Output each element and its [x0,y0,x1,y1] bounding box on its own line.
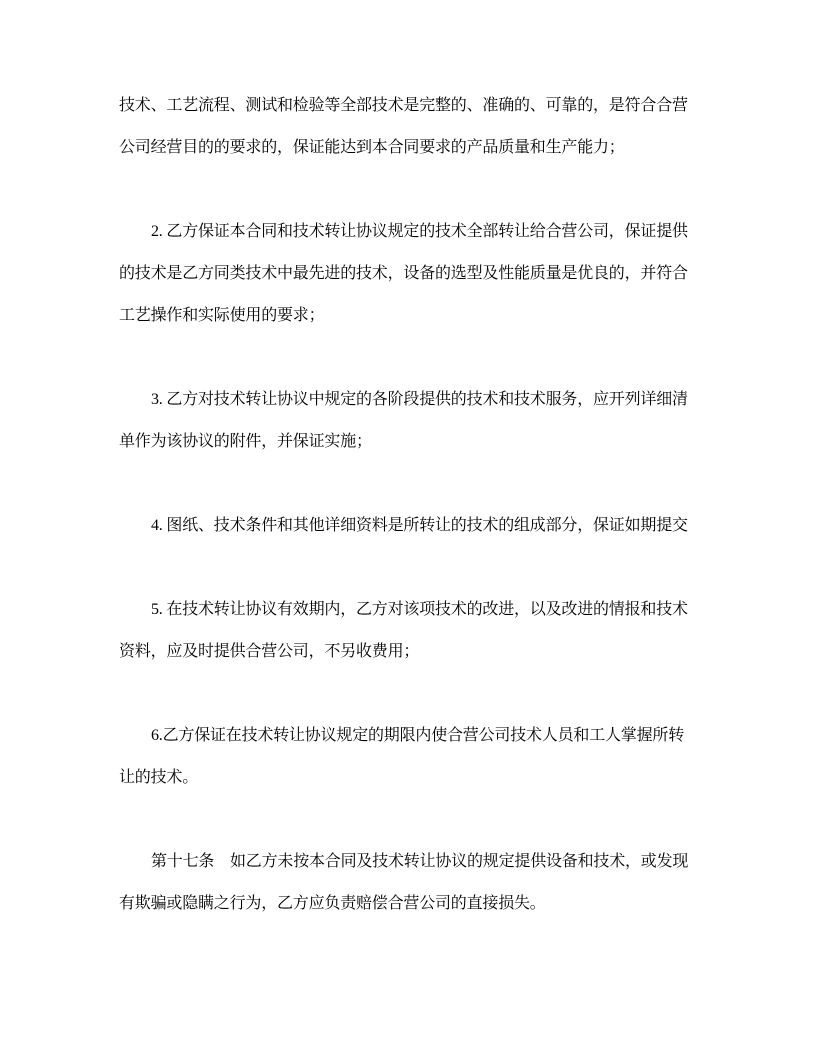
document-line: 第十七条 如乙方未按本合同及技术转让协议的规定提供设备和技术，或发现 [119,841,711,883]
paragraph-7: 第十七条 如乙方未按本合同及技术转让协议的规定提供设备和技术，或发现 有欺骗或隐… [119,841,711,925]
document-line: 资料，应及时提供合营公司，不另收费用； [119,631,711,673]
document-line: 让的技术。 [119,757,711,799]
document-line: 公司经营目的的要求的，保证能达到本合同要求的产品质量和生产能力； [119,127,711,169]
paragraph-6: 6.乙方保证在技术转让协议规定的期限内使合营公司技术人员和工人掌握所转 让的技术… [119,715,711,799]
paragraph-4: 4. 图纸、技术条件和其他详细资料是所转让的技术的组成部分，保证如期提交 [119,505,711,547]
document-line: 2. 乙方保证本合同和技术转让协议规定的技术全部转让给合营公司，保证提供 [119,211,711,253]
document-line: 单作为该协议的附件，并保证实施； [119,421,711,463]
document-line: 4. 图纸、技术条件和其他详细资料是所转让的技术的组成部分，保证如期提交 [119,505,711,547]
document-line: 技术、工艺流程、测试和检验等全部技术是完整的、准确的、可靠的，是符合合营 [119,85,711,127]
paragraph-3: 3. 乙方对技术转让协议中规定的各阶段提供的技术和技术服务，应开列详细清 单作为… [119,379,711,463]
document-content: 技术、工艺流程、测试和检验等全部技术是完整的、准确的、可靠的，是符合合营 公司经… [119,85,711,925]
document-line: 6.乙方保证在技术转让协议规定的期限内使合营公司技术人员和工人掌握所转 [119,715,711,757]
document-page: 技术、工艺流程、测试和检验等全部技术是完整的、准确的、可靠的，是符合合营 公司经… [0,0,816,1056]
paragraph-5: 5. 在技术转让协议有效期内，乙方对该项技术的改进，以及改进的情报和技术 资料，… [119,589,711,673]
document-line: 3. 乙方对技术转让协议中规定的各阶段提供的技术和技术服务，应开列详细清 [119,379,711,421]
document-line: 有欺骗或隐瞒之行为，乙方应负责赔偿合营公司的直接损失。 [119,883,711,925]
paragraph-2: 2. 乙方保证本合同和技术转让协议规定的技术全部转让给合营公司，保证提供 的技术… [119,211,711,337]
document-line: 的技术是乙方同类技术中最先进的技术，设备的选型及性能质量是优良的，并符合 [119,253,711,295]
paragraph-1: 技术、工艺流程、测试和检验等全部技术是完整的、准确的、可靠的，是符合合营 公司经… [119,85,711,169]
document-line: 工艺操作和实际使用的要求； [119,295,711,337]
document-line: 5. 在技术转让协议有效期内，乙方对该项技术的改进，以及改进的情报和技术 [119,589,711,631]
